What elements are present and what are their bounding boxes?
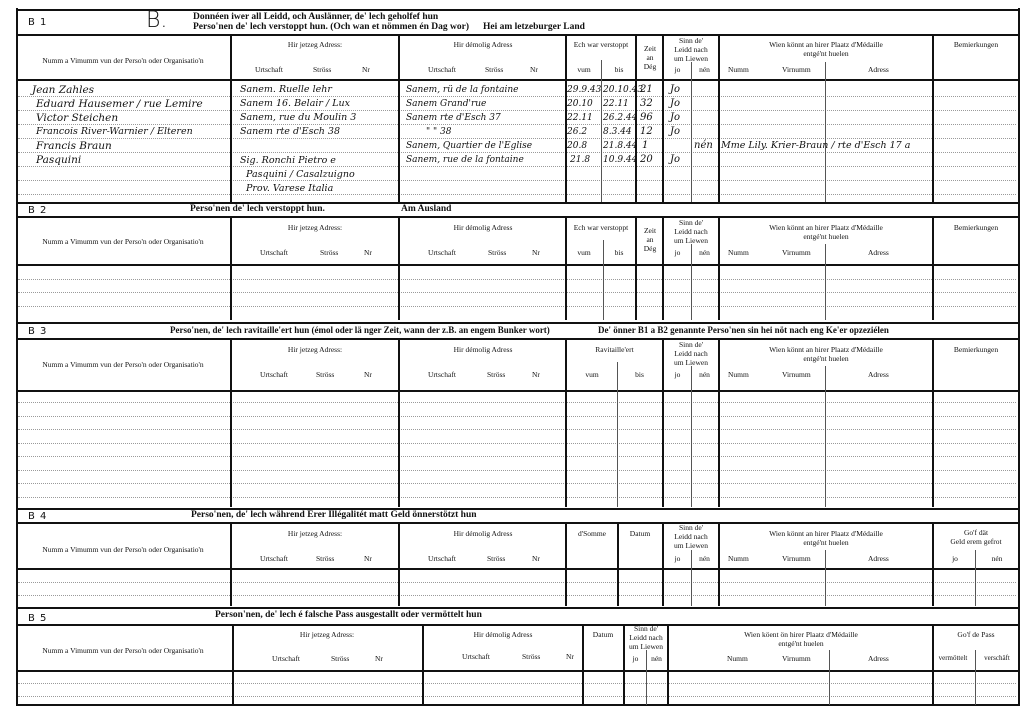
entry-name: Francis Braun	[36, 140, 112, 152]
header-number: Nr	[566, 652, 574, 661]
col-divider	[662, 523, 664, 606]
entry-name: Eduard Hausemer / rue Lemire	[36, 98, 203, 110]
col-divider	[635, 217, 637, 320]
entry-medal-recipient: Mme Lily. Krier-Braun / rte d'Esch 17 a	[721, 140, 910, 152]
header-yes: jo	[664, 554, 691, 563]
header-medal: Wien könnt an hirer Plaatz d'Médailleent…	[720, 223, 932, 241]
divider	[16, 338, 1020, 340]
header-yes: jo	[625, 654, 646, 663]
header-first-name: Numm	[727, 654, 748, 663]
row-line	[18, 429, 1016, 430]
row-line	[18, 194, 1016, 195]
entry-former-address: Sanem Grand'rue	[406, 98, 486, 110]
col-divider	[718, 339, 720, 507]
divider	[16, 508, 1020, 510]
header-address: Adress	[868, 554, 889, 563]
col-divider	[565, 339, 567, 507]
header-remarks: Bemierkungen	[934, 223, 1018, 232]
entry-former-address: Sanem, rü de la fontaine	[406, 84, 518, 96]
entry-from: 21.8	[570, 154, 590, 166]
col-divider	[691, 62, 692, 203]
header-alive: Sinn de'Leidd nachum Liewen	[625, 624, 667, 651]
section-title: Perso'nen de' lech verstoppt hun. (Och w…	[193, 22, 469, 32]
header-first-name: Numm	[728, 65, 749, 74]
col-divider	[662, 339, 664, 507]
header-town: Urtschaft	[260, 370, 288, 379]
header-from: vum	[567, 65, 601, 74]
divider	[16, 390, 1020, 392]
header-days: ZeitanDég	[637, 226, 663, 253]
header-surname: Virnumm	[782, 248, 811, 257]
col-divider	[398, 523, 400, 606]
col-divider	[601, 60, 602, 203]
divider	[16, 322, 1020, 324]
entry-alive-yes: Jo	[670, 98, 680, 110]
header-current-address: Hir jetzeg Adress:	[232, 223, 398, 232]
row-line	[18, 483, 1016, 484]
entry-former-address: Sanem, Quartier de l'Eglise	[406, 140, 532, 152]
col-divider	[932, 339, 934, 507]
entry-to: 22.11	[603, 98, 629, 110]
col-divider	[603, 240, 604, 320]
header-number: Nr	[364, 248, 372, 257]
section-title: Perso'nen, de' lech ravitaille'ert hun (…	[170, 325, 550, 335]
entry-to: 20.10.43	[603, 84, 643, 96]
col-divider	[932, 625, 934, 705]
header-to: bis	[617, 370, 662, 379]
section-title: Perso'nen, de' lech während Erer Illégal…	[191, 510, 477, 520]
entry-current-address: Prov. Varese Italia	[246, 183, 333, 195]
entry-from: 22.11	[567, 112, 593, 124]
col-divider	[230, 523, 232, 606]
header-no: nén	[691, 554, 718, 563]
col-divider	[398, 35, 400, 203]
header-yes: jo	[664, 370, 691, 379]
header-town: Urtschaft	[255, 65, 283, 74]
row-line	[18, 166, 1016, 167]
header-town: Urtschaft	[260, 248, 288, 257]
header-current-address: Hir jetzeg Adress:	[232, 40, 398, 49]
header-money-returned: Go'f dätGeld erem gefrot	[934, 528, 1018, 546]
entry-name: Pasquini	[36, 154, 81, 166]
section-title-right: De' önner B1 a B2 genannte Perso'nen sin…	[598, 325, 889, 335]
header-street: Ströss	[488, 248, 506, 257]
header-remarks: Bemierkungen	[934, 345, 1018, 354]
header-to: bis	[602, 65, 636, 74]
header-town: Urtschaft	[272, 654, 300, 663]
col-divider	[230, 35, 232, 203]
section-title: Person'nen, de' lech é falsche Pass ausg…	[215, 610, 482, 620]
entry-alive-no: nén	[694, 140, 713, 152]
header-address: Adress	[868, 654, 889, 663]
header-street: Ströss	[313, 65, 331, 74]
col-divider	[975, 550, 976, 606]
header-name: Numm a Vimumm vun der Perso'n oder Organ…	[16, 237, 230, 246]
col-divider	[975, 650, 976, 705]
entry-from: 29.9.43	[567, 84, 601, 96]
header-passport: Go'f de Pass	[934, 630, 1018, 639]
section-code: B 1	[28, 17, 47, 28]
entry-current-address: Sanem, rue du Moulin 3	[240, 112, 356, 124]
header-first-name: Numm	[728, 248, 749, 257]
header-medal: Wien könnt an hirer Plaatz d'Médailleent…	[720, 345, 932, 363]
section-title-right: Hei am letzeburger Land	[483, 22, 585, 32]
divider	[16, 704, 1020, 706]
entry-to: 26.2.44	[603, 112, 637, 124]
col-divider	[932, 523, 934, 606]
divider	[16, 607, 1020, 609]
col-divider	[617, 523, 619, 606]
header-street: Ströss	[316, 554, 334, 563]
header-surname: Virnumm	[782, 65, 811, 74]
entry-current-address: Sanem 16. Belair / Lux	[240, 98, 350, 110]
header-town: Urtschaft	[428, 554, 456, 563]
entry-name: Victor Steichen	[36, 112, 118, 124]
header-number: Nr	[362, 65, 370, 74]
header-name: Numm a Vimumm vun der Perso'n oder Organ…	[16, 545, 230, 554]
row-line	[18, 402, 1016, 403]
header-town: Urtschaft	[428, 65, 456, 74]
header-mediated: vermöttelt	[932, 654, 974, 663]
header-remarks: Bemierkungen	[934, 40, 1018, 49]
header-town: Urtschaft	[428, 370, 456, 379]
header-yes: jo	[664, 65, 691, 74]
entry-alive-yes: Jo	[670, 154, 680, 166]
header-no: nén	[976, 554, 1018, 563]
row-line	[18, 138, 1016, 139]
form-right-border	[1018, 8, 1020, 706]
row-line	[18, 497, 1016, 498]
header-from: vum	[567, 370, 617, 379]
divider	[16, 568, 1020, 570]
header-street: Ströss	[485, 65, 503, 74]
entry-to: 8.3.44	[603, 126, 632, 138]
header-number: Nr	[532, 554, 540, 563]
entry-to: 21.8.44	[603, 140, 637, 152]
header-former-address: Hir démolig Adress	[400, 40, 566, 49]
row-line	[18, 683, 1016, 684]
header-town: Urtschaft	[462, 652, 490, 661]
header-to: bis	[602, 248, 636, 257]
col-divider	[662, 35, 664, 203]
col-divider	[398, 217, 400, 320]
col-divider	[691, 244, 692, 320]
entry-name: Francois River-Warnier / Elteren	[36, 126, 193, 138]
col-divider	[232, 625, 234, 705]
header-no: nén	[691, 370, 718, 379]
header-number: Nr	[532, 370, 540, 379]
header-town: Urtschaft	[428, 248, 456, 257]
col-divider	[691, 366, 692, 507]
divider	[16, 216, 1020, 218]
row-line	[18, 470, 1016, 471]
entry-current-address: Sig. Ronchi Pietro e	[240, 155, 336, 167]
entry-alive-yes: Jo	[670, 126, 680, 138]
row-line	[18, 110, 1016, 111]
header-street: Ströss	[316, 370, 334, 379]
header-procured: verschäft	[976, 654, 1018, 663]
row-line	[18, 416, 1016, 417]
col-divider	[422, 625, 424, 705]
header-former-address: Hir démolig Adress	[400, 345, 566, 354]
row-line	[18, 96, 1016, 97]
header-address: Adress	[868, 248, 889, 257]
col-divider	[617, 362, 618, 507]
col-divider	[646, 650, 647, 705]
row-line	[18, 279, 1016, 280]
entry-to: 10.9.44	[603, 154, 637, 166]
header-current-address: Hir jetzeg Adress:	[232, 630, 422, 639]
divider	[16, 264, 1020, 266]
col-divider	[565, 523, 567, 606]
col-divider	[718, 217, 720, 320]
entry-from: 20.8	[567, 140, 587, 152]
col-divider	[565, 217, 567, 320]
entry-former-address: " " 38	[426, 126, 451, 138]
divider	[16, 202, 1020, 204]
row-line	[18, 456, 1016, 457]
header-street: Ströss	[320, 248, 338, 257]
header-number: Nr	[375, 654, 383, 663]
divider	[16, 522, 1020, 524]
header-current-address: Hir jetzeg Adress:	[232, 345, 398, 354]
entry-alive-yes: Jo	[670, 112, 680, 124]
entry-name: Jean Zahles	[32, 84, 94, 96]
entry-former-address: Sanem, rue de la fontaine	[406, 154, 524, 166]
col-divider	[825, 62, 826, 203]
entry-from: 26.2	[567, 126, 587, 138]
header-town: Urtschaft	[260, 554, 288, 563]
col-divider	[825, 550, 826, 606]
section-code: B 4	[28, 511, 47, 522]
col-divider	[582, 625, 584, 705]
header-surname: Virnumm	[782, 654, 811, 663]
col-divider	[667, 625, 669, 705]
header-name: Numm a Vimumm vun der Perso'n oder Organ…	[16, 56, 230, 65]
header-street: Ströss	[487, 370, 505, 379]
header-date: Datum	[618, 529, 662, 538]
header-surname: Virnumm	[782, 370, 811, 379]
header-current-address: Hir jetzeg Adress:	[232, 529, 398, 538]
section-code: B 3	[28, 326, 47, 337]
entry-alive-yes: Jo	[670, 84, 680, 96]
header-medal: Wien könnt an hirer Plaatz d'Médailleent…	[720, 40, 932, 58]
header-date: Datum	[583, 630, 623, 639]
header-first-name: Numm	[728, 370, 749, 379]
divider	[16, 624, 1020, 626]
header-address: Adress	[868, 370, 889, 379]
header-street: Ströss	[331, 654, 349, 663]
row-line	[18, 292, 1016, 293]
form-left-border	[16, 8, 18, 706]
form-letter: B.	[146, 8, 167, 33]
header-former-address: Hir démolig Adress	[400, 529, 566, 538]
header-street: Ströss	[522, 652, 540, 661]
entry-days: 96	[640, 112, 653, 124]
header-alive: Sinn de'Leidd nachum Liewen	[664, 36, 718, 63]
row-line	[18, 180, 1016, 181]
col-divider	[932, 35, 934, 203]
header-no: nén	[691, 248, 718, 257]
section-code: B 2	[28, 205, 47, 216]
entry-days: 32	[640, 98, 653, 110]
header-number: Nr	[532, 248, 540, 257]
divider	[16, 79, 1020, 81]
col-divider	[691, 550, 692, 606]
header-yes: jo	[664, 248, 691, 257]
header-number: Nr	[530, 65, 538, 74]
header-no: nén	[646, 654, 667, 663]
col-divider	[825, 366, 826, 507]
header-alive: Sinn de'Leidd nachum Liewen	[664, 340, 718, 367]
row-line	[18, 443, 1016, 444]
header-medal: Wien köent ön hirer Plaatz d'Médailleent…	[669, 630, 933, 648]
section-title-right: Am Ausland	[401, 204, 451, 214]
col-divider	[623, 625, 625, 705]
header-surname: Virnumm	[782, 554, 811, 563]
col-divider	[662, 217, 664, 320]
col-divider	[718, 35, 720, 203]
row-line	[18, 595, 1016, 596]
header-number: Nr	[364, 370, 372, 379]
header-name: Numm a Vimumm vun der Perso'n oder Organ…	[16, 646, 230, 655]
row-line	[18, 124, 1016, 125]
header-days: ZeitanDég	[637, 44, 663, 71]
header-hidden: Ech war verstoppt	[567, 223, 635, 232]
col-divider	[230, 339, 232, 507]
divider	[16, 670, 1020, 672]
header-alive: Sinn de'Leidd nachum Liewen	[664, 523, 718, 550]
header-first-name: Numm	[728, 554, 749, 563]
header-former-address: Hir démolig Adress	[400, 223, 566, 232]
section-code: B 5	[28, 613, 47, 624]
section-title: Perso'nen de' lech verstoppt hun.	[190, 204, 325, 214]
header-address: Adress	[868, 65, 889, 74]
entry-current-address: Sanem rte d'Esch 38	[240, 126, 340, 138]
header-hidden: Ech war verstoppt	[567, 40, 635, 49]
col-divider	[829, 650, 830, 705]
entry-days: 12	[640, 126, 653, 138]
header-medal: Wien könnt an hirer Plaatz d'Médailleent…	[720, 529, 932, 547]
col-divider	[932, 217, 934, 320]
row-line	[18, 696, 1016, 697]
divider	[16, 34, 1020, 36]
row-line	[18, 582, 1016, 583]
header-alive: Sinn de'Leidd nachum Liewen	[664, 218, 718, 245]
col-divider	[398, 339, 400, 507]
header-no: nén	[691, 65, 718, 74]
header-street: Ströss	[487, 554, 505, 563]
row-line	[18, 152, 1016, 153]
entry-current-address: Pasquini / Casalzuigno	[246, 169, 355, 181]
header-name: Numm a Vimumm vun der Perso'n oder Organ…	[16, 360, 230, 369]
header-supplied: Ravitaille'ert	[567, 345, 662, 354]
header-sum: d'Somme	[567, 529, 617, 538]
entry-days: 1	[642, 140, 648, 152]
entry-from: 20.10	[567, 98, 593, 110]
entry-former-address: Sanem rte d'Esch 37	[406, 112, 501, 124]
header-former-address: Hir démolig Adress	[424, 630, 582, 639]
section-title: Donnéen iwer all Leidd, och Auslänner, d…	[193, 12, 438, 22]
col-divider	[825, 244, 826, 320]
row-line	[18, 306, 1016, 307]
entry-current-address: Sanem. Ruelle lehr	[240, 84, 332, 96]
col-divider	[718, 523, 720, 606]
col-divider	[230, 217, 232, 320]
header-number: Nr	[364, 554, 372, 563]
entry-days: 21	[640, 84, 653, 96]
entry-days: 20	[640, 154, 653, 166]
header-from: vum	[567, 248, 601, 257]
header-yes: jo	[934, 554, 976, 563]
